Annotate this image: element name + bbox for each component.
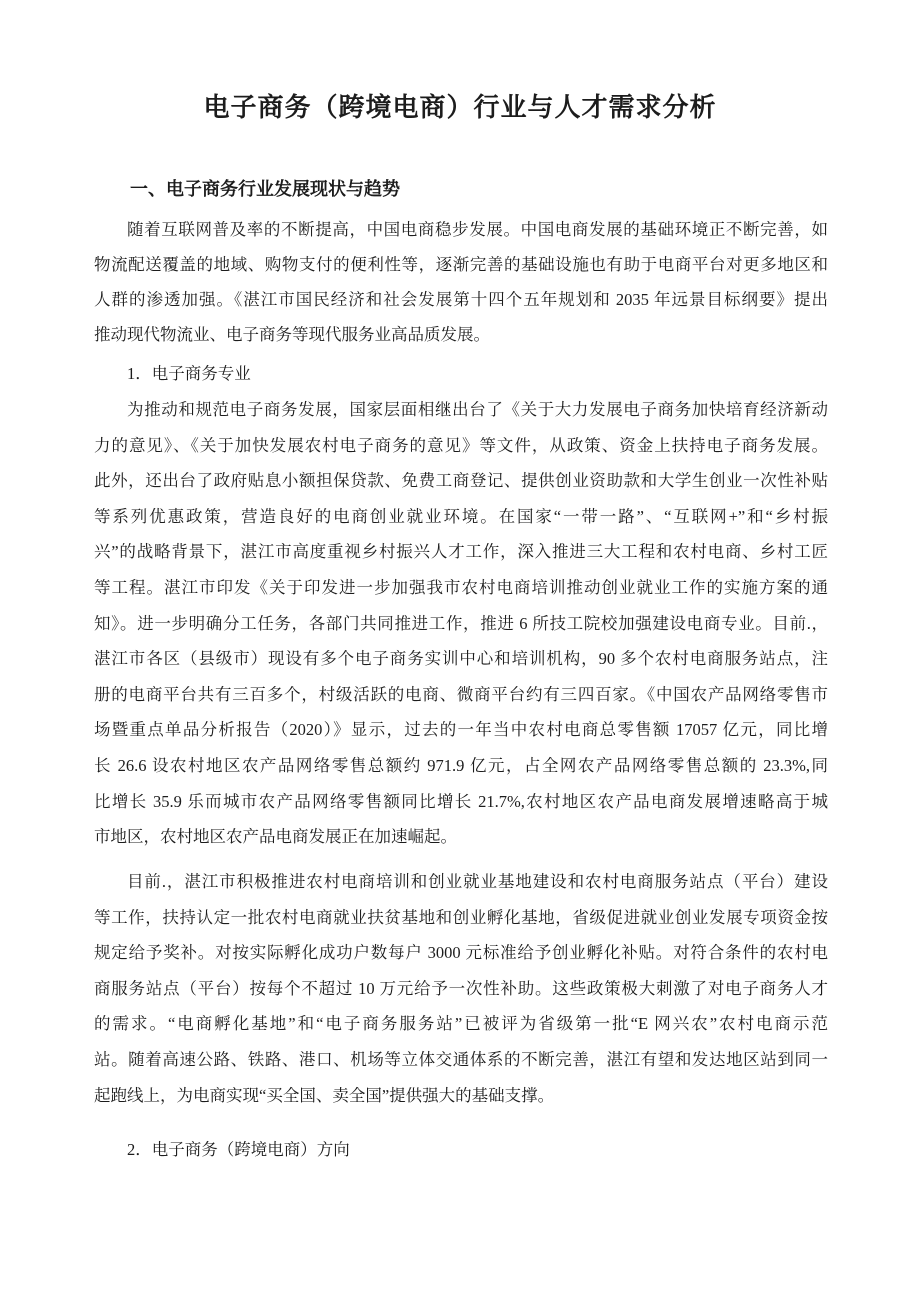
paragraph-line: 起跑线上，为电商实现“买全国、卖全国”提供强大的基础支撑。 — [94, 1078, 828, 1114]
paragraph-line: 目前.，湛江市积极推进农村电商培训和创业就业基地建设和农村电商服务站点（平台）建… — [94, 864, 828, 900]
paragraph-line: 等工程。湛江市印发《关于印发进一步加强我市农村电商培训推动创业就业工作的实施方案… — [94, 570, 828, 606]
paragraph-line: 长 26.6 设农村地区农产品网络零售总额约 971.9 亿元，占全网农产品网络… — [94, 748, 828, 784]
paragraph-3: 目前.，湛江市积极推进农村电商培训和创业就业基地建设和农村电商服务站点（平台）建… — [94, 864, 828, 1113]
paragraph-line: 规定给予奖补。对按实际孵化成功户数每户 3000 元标准给予创业孵化补贴。对符合… — [94, 935, 828, 971]
subheading-2: 2．电子商务（跨境电商）方向 — [94, 1132, 828, 1167]
paragraph-line: 等工作，扶持认定一批农村电商就业扶贫基地和创业孵化基地，省级促进就业创业发展专项… — [94, 900, 828, 936]
paragraph-line: 兴”的战略背景下，湛江市高度重视乡村振兴人才工作，深入推进三大工程和农村电商、乡… — [94, 534, 828, 570]
paragraph-line: 力的意见》、《关于加快发展农村电子商务的意见》等文件，从政策、资金上扶持电子商务… — [94, 428, 828, 464]
paragraph-line: 的需求。“电商孵化基地”和“电子商务服务站”已被评为省级第一批“E 网兴农”农村… — [94, 1006, 828, 1042]
paragraph-line: 市地区，农村地区农产品电商发展正在加速崛起。 — [94, 819, 828, 855]
section-heading-1: 一、电子商务行业发展现状与趋势 — [94, 175, 828, 203]
document-title: 电子商务（跨境电商）行业与人才需求分析 — [0, 88, 920, 128]
paragraph-2: 为推动和规范电子商务发展，国家层面相继出台了《关于大力发展电子商务加快培育经济新… — [94, 392, 828, 855]
paragraph-line: 湛江市各区（县级市）现设有多个电子商务实训中心和培训机构，90 多个农村电商服务… — [94, 641, 828, 677]
document-page: 电子商务（跨境电商）行业与人才需求分析 一、电子商务行业发展现状与趋势 随着互联… — [0, 0, 920, 1301]
paragraph-line: 比增长 35.9 乐而城市农产品网络零售额同比增长 21.7%,农村地区农产品电… — [94, 784, 828, 820]
paragraph-line: 随着互联网普及率的不断提高，中国电商稳步发展。中国电商发展的基础环境正不断完善，… — [94, 212, 828, 247]
paragraph-line: 为推动和规范电子商务发展，国家层面相继出台了《关于大力发展电子商务加快培育经济新… — [94, 392, 828, 428]
subheading-1: 1．电子商务专业 — [94, 356, 828, 391]
paragraph-line: 此外，还出台了政府贴息小额担保贷款、免费工商登记、提供创业资助款和大学生创业一次… — [94, 463, 828, 499]
paragraph-line: 站。随着高速公路、铁路、港口、机场等立体交通体系的不断完善，湛江有望和发达地区站… — [94, 1042, 828, 1078]
paragraph-line: 册的电商平台共有三百多个，村级活跃的电商、微商平台约有三四百家。《中国农产品网络… — [94, 677, 828, 713]
paragraph-line: 人群的渗透加强。《湛江市国民经济和社会发展第十四个五年规划和 2035 年远景目… — [94, 282, 828, 317]
paragraph-line: 等系列优惠政策，营造良好的电商创业就业环境。在国家“一带一路”、“互联网+”和“… — [94, 499, 828, 535]
paragraph-line: 场暨重点单品分析报告（2020）》显示，过去的一年当中农村电商总零售额 1705… — [94, 712, 828, 748]
paragraph-line: 商服务站点（平台）按每个不超过 10 万元给予一次性补助。这些政策极大刺激了对电… — [94, 971, 828, 1007]
paragraph-line: 知》。进一步明确分工任务，各部门共同推进工作，推进 6 所技工院校加强建设电商专… — [94, 606, 828, 642]
paragraph-line: 推动现代物流业、电子商务等现代服务业高品质发展。 — [94, 317, 828, 352]
paragraph-1: 随着互联网普及率的不断提高，中国电商稳步发展。中国电商发展的基础环境正不断完善，… — [94, 212, 828, 352]
paragraph-line: 物流配送覆盖的地域、购物支付的便利性等，逐渐完善的基础设施也有助于电商平台对更多… — [94, 247, 828, 282]
